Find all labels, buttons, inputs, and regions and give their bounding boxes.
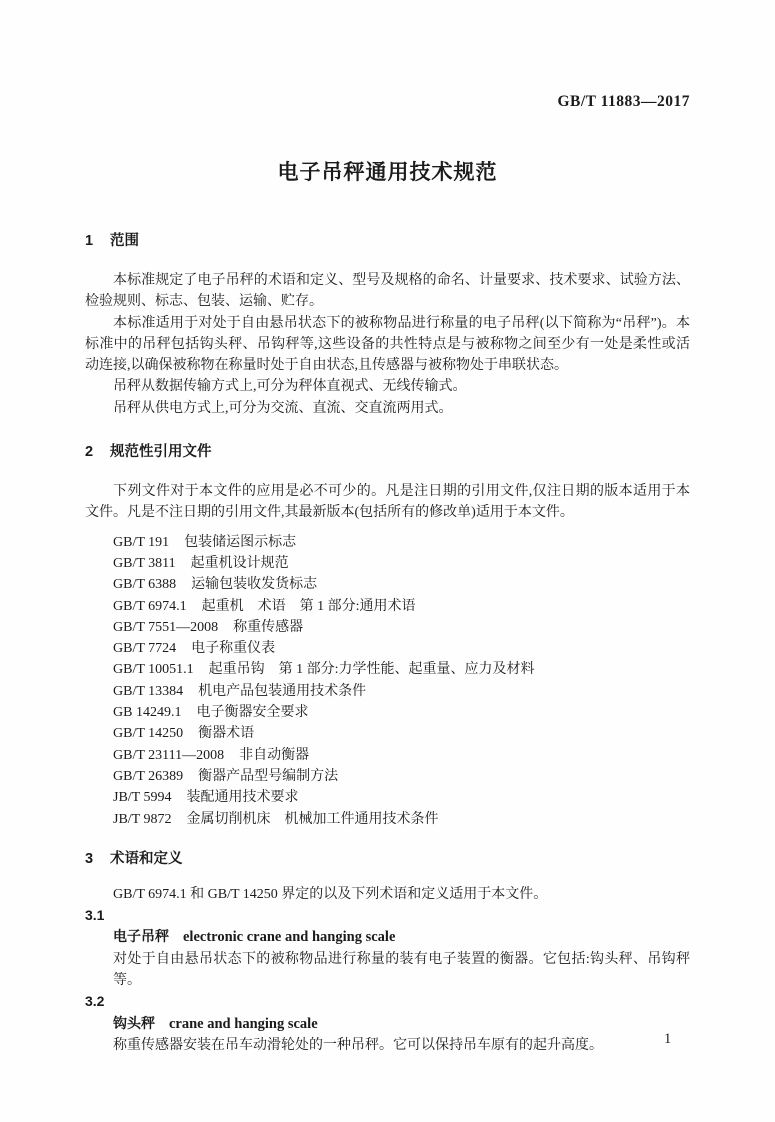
reference-title: 衡器产品型号编制方法	[198, 769, 338, 784]
term-number: 3.1	[85, 905, 690, 926]
reference-item: GB 14249.1电子衡器安全要求	[85, 702, 690, 723]
reference-title: 电子称重仪表	[191, 641, 275, 656]
reference-code: GB/T 6974.1	[113, 599, 187, 614]
reference-title: 衡器术语	[198, 726, 254, 741]
reference-title: 包装储运图示标志	[184, 535, 296, 550]
reference-code: GB 14249.1	[113, 705, 181, 720]
term-definition: 称重传感器安装在吊车动滑轮处的一种吊秤。它可以保持吊车原有的起升高度。	[85, 1035, 690, 1056]
reference-title: 起重机 术语 第 1 部分:通用术语	[202, 599, 416, 614]
document-code: GB/T 11883—2017	[85, 93, 690, 110]
reference-code: GB/T 13384	[113, 684, 183, 699]
reference-item: GB/T 13384机电产品包装通用技术条件	[85, 681, 690, 702]
reference-code: GB/T 7724	[113, 641, 176, 656]
section-1-paragraph-2: 本标准适用于对处于自由悬吊状态下的被称物品进行称量的电子吊秤(以下简称为“吊秤”…	[85, 313, 690, 377]
section-3-intro: GB/T 6974.1 和 GB/T 14250 界定的以及下列术语和定义适用于…	[85, 884, 690, 905]
reference-item: GB/T 3811起重机设计规范	[85, 553, 690, 574]
section-3-number: 3	[85, 850, 110, 868]
reference-title: 起重吊钩 第 1 部分:力学性能、起重量、应力及材料	[209, 662, 535, 677]
term-line: 钩头秤crane and hanging scale	[85, 1013, 690, 1035]
reference-code: GB/T 10051.1	[113, 662, 194, 677]
reference-code: GB/T 3811	[113, 556, 176, 571]
reference-item: GB/T 7551—2008称重传感器	[85, 617, 690, 638]
section-2-title: 规范性引用文件	[110, 444, 212, 460]
reference-title: 机电产品包装通用技术条件	[198, 684, 366, 699]
reference-item: GB/T 6974.1起重机 术语 第 1 部分:通用术语	[85, 596, 690, 617]
term-en: crane and hanging scale	[169, 1016, 318, 1032]
section-3-heading: 3术语和定义	[85, 850, 690, 868]
reference-item: GB/T 26389衡器产品型号编制方法	[85, 766, 690, 787]
section-2-intro: 下列文件对于本文件的应用是必不可少的。凡是注日期的引用文件,仅注日期的版本适用于…	[85, 481, 690, 524]
reference-title: 金属切削机床 机械加工件通用技术条件	[186, 812, 438, 827]
reference-item: GB/T 7724电子称重仪表	[85, 638, 690, 659]
term-en: electronic crane and hanging scale	[183, 929, 395, 945]
reference-title: 电子衡器安全要求	[196, 705, 308, 720]
term-definition: 对处于自由悬吊状态下的被称物品进行称量的装有电子装置的衡器。它包括:钩头秤、吊钩…	[85, 949, 690, 992]
reference-item: GB/T 191包装储运图示标志	[85, 532, 690, 553]
term-zh: 电子吊秤	[113, 928, 169, 944]
reference-title: 运输包装收发货标志	[191, 577, 317, 592]
reference-code: GB/T 26389	[113, 769, 183, 784]
section-1-heading: 1范围	[85, 232, 690, 250]
reference-item: JB/T 5994装配通用技术要求	[85, 787, 690, 808]
standard-document-page: GB/T 11883—2017 电子吊秤通用技术规范 1范围 本标准规定了电子吊…	[0, 0, 775, 1122]
page-number: 1	[664, 1029, 671, 1050]
section-1-paragraph-1: 本标准规定了电子吊秤的术语和定义、型号及规格的命名、计量要求、技术要求、试验方法…	[85, 270, 690, 313]
reference-title: 称重传感器	[233, 620, 303, 635]
section-1-paragraph-3: 吊秤从数据传输方式上,可分为秤体直视式、无线传输式。	[85, 376, 690, 397]
section-2-heading: 2规范性引用文件	[85, 443, 690, 461]
reference-title: 装配通用技术要求	[186, 790, 298, 805]
reference-code: GB/T 14250	[113, 726, 183, 741]
term-number: 3.2	[85, 991, 690, 1012]
section-2-number: 2	[85, 443, 110, 461]
section-1-paragraph-4: 吊秤从供电方式上,可分为交流、直流、交直流两用式。	[85, 398, 690, 419]
normative-references-list: GB/T 191包装储运图示标志 GB/T 3811起重机设计规范 GB/T 6…	[85, 532, 690, 830]
term-line: 电子吊秤electronic crane and hanging scale	[85, 926, 690, 948]
term-zh: 钩头秤	[113, 1015, 155, 1031]
reference-code: JB/T 5994	[113, 790, 171, 805]
term-entry-3-1: 3.1 电子吊秤electronic crane and hanging sca…	[85, 905, 690, 991]
section-3-title: 术语和定义	[110, 851, 183, 867]
reference-code: JB/T 9872	[113, 812, 171, 827]
reference-title: 起重机设计规范	[191, 556, 289, 571]
reference-item: GB/T 6388运输包装收发货标志	[85, 574, 690, 595]
reference-code: GB/T 191	[113, 535, 169, 550]
reference-title: 非自动衡器	[239, 748, 309, 763]
reference-code: GB/T 23111—2008	[113, 748, 224, 763]
reference-item: GB/T 23111—2008非自动衡器	[85, 745, 690, 766]
reference-code: GB/T 7551—2008	[113, 620, 218, 635]
section-1-number: 1	[85, 232, 110, 250]
reference-item: JB/T 9872金属切削机床 机械加工件通用技术条件	[85, 809, 690, 830]
document-title: 电子吊秤通用技术规范	[85, 158, 690, 188]
reference-code: GB/T 6388	[113, 577, 176, 592]
section-1-title: 范围	[110, 233, 139, 249]
term-entry-3-2: 3.2 钩头秤crane and hanging scale 称重传感器安装在吊…	[85, 991, 690, 1056]
reference-item: GB/T 10051.1起重吊钩 第 1 部分:力学性能、起重量、应力及材料	[85, 659, 690, 680]
reference-item: GB/T 14250衡器术语	[85, 723, 690, 744]
